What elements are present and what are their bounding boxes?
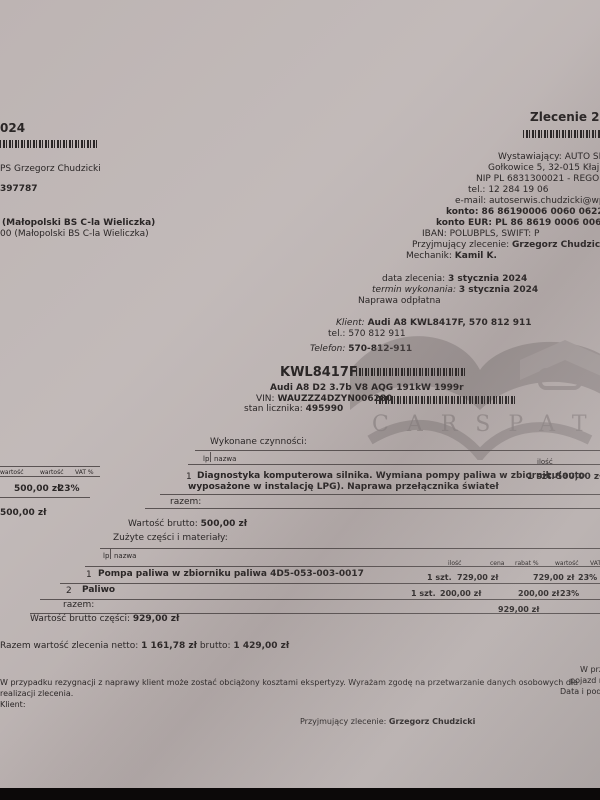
barcode bbox=[356, 368, 466, 376]
issuer-iban-swift: IBAN: POLUBPLS, SWIFT: P bbox=[422, 229, 539, 240]
service-order-document: 024 Zlecenie 24/ PS Grzegorz Chudzicki 3… bbox=[0, 0, 600, 800]
parts-col-vat: VAT % bbox=[590, 558, 600, 569]
parts-row-2-vat: 23% bbox=[560, 588, 579, 599]
order-title-left: 024 bbox=[0, 123, 25, 134]
phone-label: Telefon: bbox=[310, 344, 345, 354]
background-surface bbox=[0, 788, 600, 800]
issuer-email: e-mail: autoserwis.chudzicki@wp.pl bbox=[455, 196, 600, 207]
barcode bbox=[0, 140, 98, 148]
parts-total-label: razem: bbox=[63, 600, 94, 611]
services-total-value: 500,00 zł bbox=[0, 508, 46, 519]
issuer-account-pln: konto: 86 86190006 0060 0622 7449 00 bbox=[446, 207, 600, 218]
notice-line-3: Klient: bbox=[0, 699, 26, 710]
services-row-price: 500,00 zł bbox=[556, 472, 600, 483]
services-row-vat: 23% bbox=[58, 484, 80, 495]
order-date-label: data zlecenia: bbox=[382, 274, 445, 284]
parts-row-1-price: 729,00 zł bbox=[457, 572, 498, 583]
odometer-row: stan licznika: 495990 bbox=[244, 404, 343, 415]
bank-line-1: (Małopolski BS C-la Wieliczka) bbox=[2, 218, 155, 229]
summary-brutto: 1 429,00 zł bbox=[233, 641, 289, 651]
due-date-label: termin wykonania: bbox=[372, 285, 456, 295]
client-value: Audi A8 KWL8417F, 570 812 911 bbox=[368, 318, 532, 328]
services-title: Wykonane czynności: bbox=[210, 437, 307, 448]
parts-row-1-value: 729,00 zł bbox=[533, 572, 574, 583]
parts-row-1-qty: 1 szt. bbox=[427, 572, 452, 583]
services-row-qty: 1 szt. bbox=[527, 472, 555, 483]
issuer-nip-regon: NIP PL 6831300021 - REGON 3 bbox=[476, 174, 600, 185]
parts-row-2-value: 200,00 zł bbox=[518, 588, 559, 599]
footer-right-line-3: Data i podpis bbox=[560, 686, 600, 697]
mechanic-row: Mechanik: Kamil K. bbox=[406, 251, 497, 262]
parts-row-2-lp: 2 bbox=[66, 586, 72, 597]
parts-row-1-lp: 1 bbox=[86, 570, 92, 581]
notice-line-1: W przypadku rezygnacji z naprawy klient … bbox=[0, 677, 578, 688]
order-date-row: data zlecenia: 3 stycznia 2024 bbox=[382, 274, 527, 285]
due-date: 3 stycznia 2024 bbox=[459, 285, 538, 295]
notice-line-2: realizacji zlecenia. bbox=[0, 688, 73, 699]
services-gross-value: 500,00 zł bbox=[201, 519, 247, 529]
footer-right-line-2: pojazd re bbox=[570, 675, 600, 686]
footer-right-line-1: W przy bbox=[580, 664, 600, 675]
parts-row-2-qty: 1 szt. bbox=[411, 588, 436, 599]
repair-type: Naprawa odpłatna bbox=[358, 296, 441, 307]
services-col-qty: ilość bbox=[537, 457, 553, 468]
odometer-value: 495990 bbox=[306, 404, 344, 414]
license-plate: KWL8417F bbox=[280, 366, 358, 380]
services-gross-label: Wartość brutto: bbox=[128, 519, 198, 529]
parts-col-name: nazwa bbox=[114, 551, 136, 562]
receiver-name: Grzegorz Chudzicki bbox=[512, 240, 600, 250]
services-row-name-2: wyposażone w instalację LPG). Naprawa pr… bbox=[188, 482, 499, 493]
parts-col-qty: ilość bbox=[448, 558, 461, 569]
issuer-line: Wystawiający: AUTO SERW bbox=[498, 152, 600, 163]
barcode bbox=[376, 396, 516, 404]
barcode bbox=[523, 130, 600, 138]
parts-row-1-vat: 23% bbox=[578, 572, 597, 583]
receiver-label: Przyjmujący zlecenie: bbox=[412, 240, 509, 250]
mechanic-label: Mechanik: bbox=[406, 251, 452, 261]
client-row: Klient: Audi A8 KWL8417F, 570 812 911 bbox=[336, 318, 532, 329]
parts-gross-label: Wartość brutto części: bbox=[30, 614, 130, 624]
due-date-row: termin wykonania: 3 stycznia 2024 bbox=[372, 285, 538, 296]
odometer-label: stan licznika: bbox=[244, 404, 303, 414]
issuer-account-eur: konto EUR: PL 86 8619 0006 0060 0622 7 bbox=[436, 218, 600, 229]
vin-label: VIN: bbox=[256, 394, 275, 404]
summary-label: Razem wartość zlecenia netto: bbox=[0, 641, 138, 651]
bank-line-2: 00 (Małopolski BS C-la Wieliczka) bbox=[0, 229, 149, 240]
summary-brutto-label: brutto: bbox=[200, 641, 231, 651]
parts-row-2-price: 200,00 zł bbox=[440, 588, 481, 599]
services-row-value: 500,00 zł bbox=[14, 484, 60, 495]
receiver-row: Przyjmujący zlecenie: Grzegorz Chudzicki bbox=[412, 240, 600, 251]
footer-receiver-label: Przyjmujący zlecenie: bbox=[300, 717, 386, 726]
issuer-address: Gołkowice 5, 32-015 Kłaj bbox=[488, 163, 599, 174]
parts-row-1-name: Pompa paliwa w zbiorniku paliwa 4D5-053-… bbox=[98, 569, 364, 580]
parts-row-2-name: Paliwo bbox=[82, 585, 115, 596]
owner-name: PS Grzegorz Chudzicki bbox=[0, 164, 101, 175]
parts-col-discount: rabat % bbox=[515, 558, 539, 569]
issuer-phone: tel.: 12 284 19 06 bbox=[468, 185, 548, 196]
order-title: Zlecenie 24/ bbox=[530, 112, 600, 123]
watermark-text: CARSPAT bbox=[372, 412, 600, 437]
regon-number: 397787 bbox=[0, 184, 38, 195]
services-gross-row: Wartość brutto: 500,00 zł bbox=[128, 519, 247, 530]
parts-gross-value: 929,00 zł bbox=[133, 614, 179, 624]
footer-receiver-name: Grzegorz Chudzicki bbox=[389, 717, 475, 726]
parts-col-lp: lp bbox=[103, 551, 109, 562]
vehicle-model: Audi A8 D2 3.7b V8 AQG 191kW 1999r bbox=[270, 383, 464, 394]
parts-col-value: wartość bbox=[555, 558, 579, 569]
mechanic-name: Kamil K. bbox=[455, 251, 497, 261]
parts-gross-row: Wartość brutto części: 929,00 zł bbox=[30, 614, 179, 625]
summary-netto: 1 161,78 zł bbox=[141, 641, 197, 651]
services-total-label: razem: bbox=[170, 497, 201, 508]
footer-receiver-row: Przyjmujący zlecenie: Grzegorz Chudzicki bbox=[300, 716, 475, 727]
parts-title: Zużyte części i materiały: bbox=[113, 533, 228, 544]
client-label: Klient: bbox=[336, 318, 365, 328]
parts-col-price: cena bbox=[490, 558, 504, 569]
order-date: 3 stycznia 2024 bbox=[448, 274, 527, 284]
summary-row: Razem wartość zlecenia netto: 1 161,78 z… bbox=[0, 641, 289, 652]
